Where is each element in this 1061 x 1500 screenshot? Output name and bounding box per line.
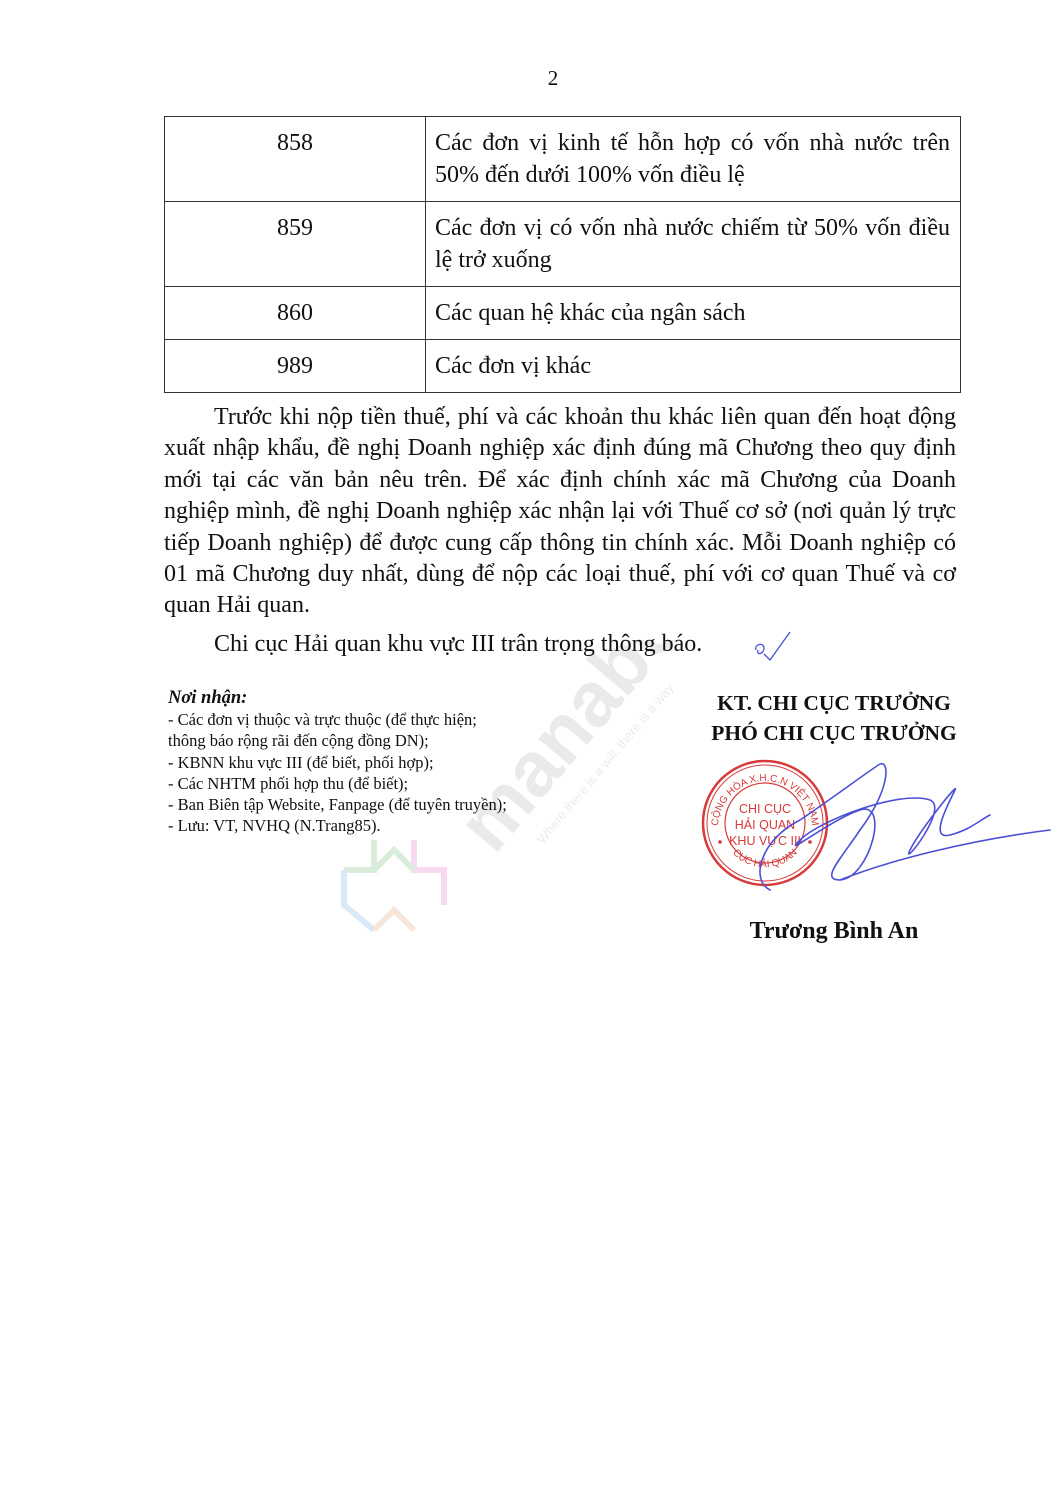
body-paragraph: Trước khi nộp tiền thuế, phí và các khoả… bbox=[164, 402, 956, 622]
table-row: 858 Các đơn vị kinh tế hỗn hợp có vốn nh… bbox=[165, 117, 961, 202]
description-cell: Các đơn vị kinh tế hỗn hợp có vốn nhà nư… bbox=[426, 117, 961, 202]
table-row: 860 Các quan hệ khác của ngân sách bbox=[165, 287, 961, 340]
svg-text:Where there is a will, there i: Where there is a will, there is a way bbox=[534, 680, 677, 847]
recipient-item: - Các đơn vị thuộc và trực thuộc (để thự… bbox=[168, 709, 507, 730]
signer-title-line1: KT. CHI CỤC TRƯỞNG bbox=[668, 688, 1000, 718]
page-number: 2 bbox=[0, 66, 1061, 91]
recipients-block: Nơi nhận: - Các đơn vị thuộc và trực thu… bbox=[168, 688, 507, 836]
recipient-item: - Các NHTM phối hợp thu (để biết); bbox=[168, 773, 507, 794]
recipient-item: - KBNN khu vực III (để biết, phối hợp); bbox=[168, 752, 507, 773]
signature-icon bbox=[740, 760, 1060, 900]
recipient-item: - Ban Biên tập Website, Fanpage (để tuyê… bbox=[168, 794, 507, 815]
signer-title-line2: PHÓ CHI CỤC TRƯỞNG bbox=[668, 718, 1000, 748]
code-cell: 859 bbox=[165, 202, 426, 287]
recipient-item: thông báo rộng rãi đến cộng đồng DN); bbox=[168, 730, 507, 751]
signer-name: Trương Bình An bbox=[668, 918, 1000, 945]
table-row: 859 Các đơn vị có vốn nhà nước chiếm từ … bbox=[165, 202, 961, 287]
description-cell: Các đơn vị khác bbox=[426, 340, 961, 393]
recipients-title: Nơi nhận: bbox=[168, 688, 507, 709]
body-paragraph-block: Trước khi nộp tiền thuế, phí và các khoả… bbox=[164, 402, 956, 622]
signer-block: KT. CHI CỤC TRƯỞNG PHÓ CHI CỤC TRƯỞNG bbox=[668, 688, 1000, 748]
watermark-logo-icon bbox=[334, 830, 454, 940]
closing-line: Chi cục Hải quan khu vực III trân trọng … bbox=[214, 628, 702, 660]
code-cell: 989 bbox=[165, 340, 426, 393]
description-cell: Các đơn vị có vốn nhà nước chiếm từ 50% … bbox=[426, 202, 961, 287]
code-cell: 860 bbox=[165, 287, 426, 340]
table-row: 989 Các đơn vị khác bbox=[165, 340, 961, 393]
chapter-code-table: 858 Các đơn vị kinh tế hỗn hợp có vốn nh… bbox=[164, 116, 961, 393]
initial-check-mark-icon bbox=[750, 630, 794, 664]
description-cell: Các quan hệ khác của ngân sách bbox=[426, 287, 961, 340]
code-cell: 858 bbox=[165, 117, 426, 202]
